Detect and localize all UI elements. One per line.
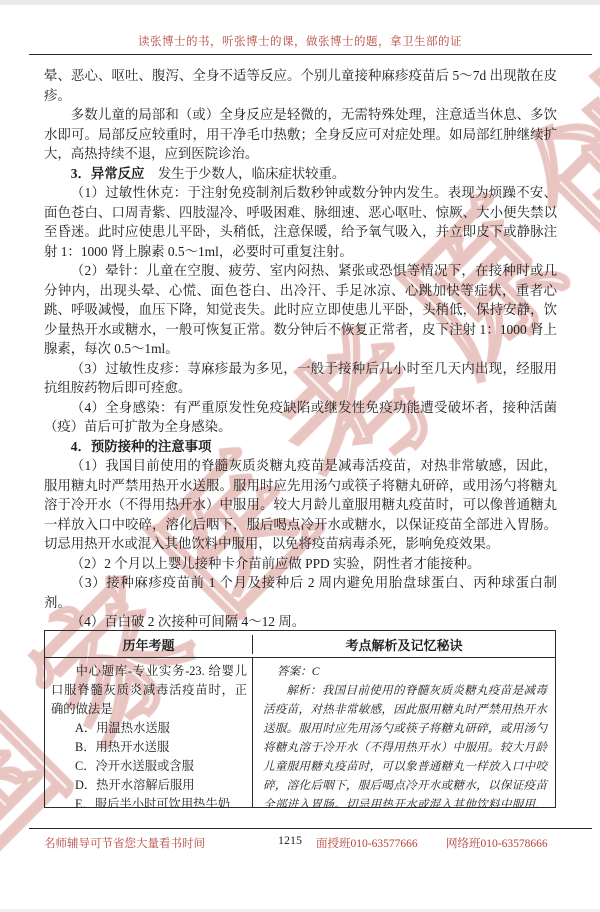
question-option: D．热开水溶解后服用 [51, 776, 247, 795]
exam-table-header-questions: 历年考题 [45, 635, 253, 654]
analysis-text: 解析：我国目前使用的脊髓灰质炎糖丸疫苗是减毒活疫苗，对热非常敏感，因此服用糖丸时… [263, 681, 547, 807]
body-text: 晕、恶心、呕吐、腹泻、全身不适等反应。个别儿童接种麻疹疫苗后 5～7d 出现散在… [44, 66, 557, 628]
footer-rule [29, 828, 592, 829]
footer-phone-online: 网络班010-63578666 [446, 835, 548, 851]
body-paragraph: （2）2 个月以上婴儿接种卡介苗前应做 PPD 实验，阴性者才能接种。 [44, 554, 557, 574]
header-rule [29, 54, 592, 55]
body-paragraph: （3）接种麻疹疫苗前 1 个月及接种后 2 周内避免用胎盘球蛋白、丙种球蛋白制剂… [44, 573, 557, 612]
question-option: C．冷开水送服或含服 [51, 757, 247, 776]
body-paragraph: （4）全身感染：有严重原发性免疫缺陷或继发性免疫功能遭受破坏者，接种活菌（疫）苗… [44, 398, 557, 437]
exam-table-body-row: 中心题库-专业实务-23. 给婴儿口服脊髓灰质炎减毒活疫苗时，正确的做法是 A．… [45, 658, 555, 807]
paragraph-bold-lead: 3．异常反应 [71, 166, 145, 181]
body-paragraph: （3）过敏性皮疹：荨麻疹最为多见，一般于接种后几小时至几天内出现，经服用抗组胺药… [44, 359, 557, 398]
exam-table-header-row: 历年考题 考点解析及记忆秘诀 [45, 631, 555, 658]
scan-edge-top [0, 0, 600, 5]
header-slogan: 读张博士的书，听张博士的课，做张博士的题，拿卫生部的证 [0, 33, 600, 49]
footer-page-number: 1215 [278, 833, 302, 848]
footer-slogan: 名师辅导可节省您大量看书时间 [44, 835, 205, 851]
page-footer: 名师辅导可节省您大量看书时间 1215 面授班010-63577666 网络班0… [0, 833, 600, 853]
question-option: A．用温热水送服 [51, 719, 247, 738]
body-paragraph: 4．预防接种的注意事项 [44, 437, 557, 457]
document-page: { "page": { "slogan": "读张博士的书，听张博士的课，做张博… [0, 0, 600, 912]
answer-line: 答案：C [263, 662, 547, 681]
body-paragraph: （1）我国目前使用的脊髓灰质炎糖丸疫苗是减毒活疫苗，对热非常敏感，因此，服用糖丸… [44, 456, 557, 554]
body-paragraph: 3．异常反应 发生于少数人，临床症状较重。 [44, 164, 557, 184]
body-paragraph: （4）百白破 2 次接种可间隔 4～12 周。 [44, 612, 557, 628]
body-paragraph: 晕、恶心、呕吐、腹泻、全身不适等反应。个别儿童接种麻疹疫苗后 5～7d 出现散在… [44, 66, 557, 105]
exam-table-header-analysis: 考点解析及记忆秘诀 [253, 635, 555, 654]
footer-phone-onsite: 面授班010-63577666 [316, 835, 418, 851]
exam-table: 历年考题 考点解析及记忆秘诀 中心题库-专业实务-23. 给婴儿口服脊髓灰质炎减… [44, 630, 556, 808]
body-paragraph: （1）过敏性休克：于注射免疫制剂后数秒钟或数分钟内发生。表现为烦躁不安、面色苍白… [44, 183, 557, 261]
analysis-cell: 答案：C 解析：我国目前使用的脊髓灰质炎糖丸疫苗是减毒活疫苗，对热非常敏感，因此… [253, 658, 555, 807]
paragraph-bold-lead: 4．预防接种的注意事项 [71, 439, 212, 454]
body-paragraph: （2）晕针：儿童在空腹、疲劳、室内闷热、紧张或恐惧等情况下，在接种时或几分钟内，… [44, 261, 557, 359]
question-option: E．服后半小时可饮用热牛奶 [51, 795, 247, 807]
question-options: A．用温热水送服B．用热开水送服C．冷开水送服或含服D．热开水溶解后服用E．服后… [51, 719, 247, 807]
body-paragraph: 多数儿童的局部和（或）全身反应是轻微的，无需特殊处理，注意适当休息、多饮水即可。… [44, 105, 557, 164]
question-stem: 中心题库-专业实务-23. 给婴儿口服脊髓灰质炎减毒活疫苗时，正确的做法是 [51, 662, 247, 719]
question-cell: 中心题库-专业实务-23. 给婴儿口服脊髓灰质炎减毒活疫苗时，正确的做法是 A．… [45, 658, 253, 807]
question-option: B．用热开水送服 [51, 738, 247, 757]
